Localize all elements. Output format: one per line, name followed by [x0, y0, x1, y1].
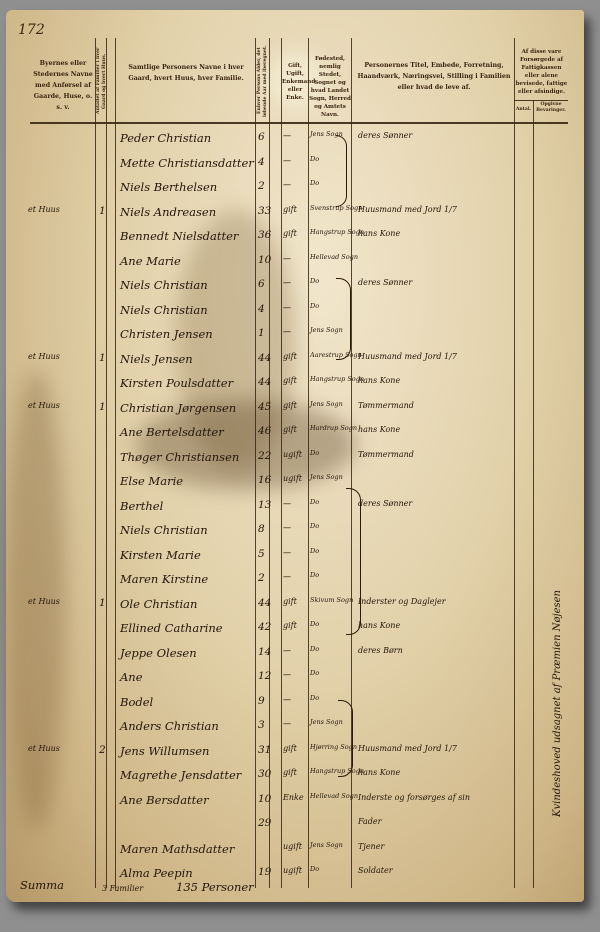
row-age: 4 [258, 303, 265, 315]
row-civil-status: — [283, 523, 291, 532]
row-civil-status: — [283, 695, 291, 704]
row-name: Niels Berthelsen [120, 180, 217, 194]
header-poor-relief: Af disse vare Forsørgede af Fattigkassen… [515, 48, 568, 96]
row-birthplace: Do [310, 499, 319, 506]
row-name: Jeppe Olesen [120, 646, 197, 660]
row-age: 29 [258, 817, 271, 829]
row-name: Ellined Catharine [120, 621, 223, 635]
brace-mark [336, 135, 347, 207]
row-name: Niels Andreasen [120, 205, 216, 219]
row-civil-status: Enke [283, 793, 304, 802]
row-birthplace: Do [310, 180, 319, 187]
row-birthplace: Jens Sogn [310, 842, 343, 849]
row-age: 10 [258, 793, 271, 805]
row-name: Ane [120, 670, 143, 684]
row-name: Christian Jørgensen [120, 401, 236, 415]
row-name: Niels Christian [120, 278, 208, 292]
row-age: 1 [258, 327, 265, 339]
row-occupation: hans Kone [358, 425, 400, 434]
header-age: Enhver Persons Alder, det løbende Aar me… [257, 42, 279, 120]
row-name: Thøger Christiansen [120, 450, 239, 464]
header-count: Antal. [514, 106, 533, 114]
summary-families: 3 Familier [102, 884, 143, 893]
row-birthplace: Hangstrup Sogn [310, 376, 364, 383]
col-divider [281, 38, 282, 888]
header-birthplace: Fødested, nemlig Stedet, Sognet og hvad … [309, 55, 351, 119]
row-birthplace: Hellevad Sogn [310, 793, 358, 800]
row-birthplace: Do [310, 621, 319, 628]
row-civil-status: — [283, 572, 291, 581]
brace-mark [346, 488, 361, 635]
row-civil-status: gift [283, 768, 297, 777]
row-birthplace: Do [310, 303, 319, 310]
row-civil-status: ugift [283, 866, 302, 875]
row-civil-status: — [283, 278, 291, 287]
row-age: 42 [258, 621, 271, 633]
row-civil-status: — [283, 548, 291, 557]
header-occupation: Personernes Titel, Embede, Forretning, H… [356, 60, 512, 93]
row-occupation: hans Kone [358, 376, 400, 385]
col-divider [255, 38, 256, 888]
row-age: 5 [258, 548, 265, 560]
row-civil-status: — [283, 303, 291, 312]
row-family-count: 1 [99, 597, 106, 609]
row-name: Ane Marie [120, 254, 181, 268]
row-age: 2 [258, 180, 265, 192]
row-name: Peder Christian [120, 131, 211, 145]
row-age: 46 [258, 425, 271, 437]
row-birthplace: Do [310, 572, 319, 579]
row-occupation: hans Kone [358, 768, 400, 777]
row-age: 8 [258, 523, 265, 535]
row-age: 33 [258, 205, 271, 217]
row-name: Else Marie [120, 474, 183, 488]
row-civil-status: gift [283, 425, 297, 434]
row-place: et Huus [28, 597, 60, 606]
row-age: 6 [258, 131, 265, 143]
row-civil-status: gift [283, 229, 297, 238]
row-family-count: 1 [99, 401, 106, 413]
header-names: Samtlige Personers Navne i hver Gaard, h… [122, 62, 250, 84]
row-name: Jens Willumsen [120, 744, 209, 758]
row-civil-status: ugift [283, 842, 302, 851]
row-civil-status: — [283, 254, 291, 263]
row-birthplace: Do [310, 278, 319, 285]
row-civil-status: — [283, 156, 291, 165]
row-civil-status: gift [283, 621, 297, 630]
subheader-rule [514, 100, 568, 101]
row-name: Mette Christiansdatter [120, 156, 254, 170]
row-age: 10 [258, 254, 271, 266]
row-name: Maren Mathsdatter [120, 842, 234, 856]
row-occupation: hans Kone [358, 621, 400, 630]
row-name: Niels Christian [120, 523, 208, 537]
row-name: Bodel [120, 695, 153, 709]
col-divider [533, 100, 534, 888]
row-name: Kirsten Marie [120, 548, 201, 562]
row-occupation: deres Sønner [358, 499, 412, 508]
row-civil-status: gift [283, 376, 297, 385]
row-civil-status: — [283, 180, 291, 189]
row-age: 13 [258, 499, 271, 511]
row-age: 22 [258, 450, 271, 462]
row-place: et Huus [28, 205, 60, 214]
row-occupation: Tjener [358, 842, 384, 851]
row-occupation: Tømmermand [358, 401, 414, 410]
row-age: 44 [258, 376, 271, 388]
row-name: Kirsten Poulsdatter [120, 376, 233, 390]
row-civil-status: — [283, 646, 291, 655]
row-age: 6 [258, 278, 265, 290]
row-age: 30 [258, 768, 271, 780]
row-name: Alma Peepin [120, 866, 193, 880]
row-civil-status: ugift [283, 450, 302, 459]
row-family-count: 1 [99, 205, 106, 217]
row-age: 3 [258, 719, 265, 731]
header-remarks: Opgivne Bevaringer. [534, 102, 568, 114]
row-age: 14 [258, 646, 271, 658]
col-divider [106, 38, 107, 888]
summary-persons: 135 Personer [176, 880, 254, 894]
row-civil-status: ugift [283, 474, 302, 483]
header-civil-status: Gift, Ugift, Enkemand eller Enke. [282, 62, 308, 102]
header-places: Byernes eller Stedernes Navne med Anførs… [32, 58, 94, 113]
row-place: et Huus [28, 352, 60, 361]
row-name: Niels Christian [120, 303, 208, 317]
row-civil-status: gift [283, 401, 297, 410]
row-civil-status: gift [283, 352, 297, 361]
page-number: 172 [18, 22, 45, 38]
row-occupation: Tømmermand [358, 450, 414, 459]
row-birthplace: Hellevad Sogn [310, 254, 358, 261]
row-age: 16 [258, 474, 271, 486]
col-divider [269, 38, 270, 888]
row-name: Ole Christian [120, 597, 197, 611]
row-name: Christen Jensen [120, 327, 213, 341]
row-birthplace: Do [310, 670, 319, 677]
row-civil-status: — [283, 327, 291, 336]
row-age: 19 [258, 866, 271, 878]
row-name: Ane Bertelsdatter [120, 425, 224, 439]
col-divider [115, 38, 116, 888]
row-family-count: 2 [99, 744, 106, 756]
header-family-count: Antallet af Familier i hver Gaard og hve… [96, 42, 114, 120]
row-age: 9 [258, 695, 265, 707]
row-occupation: deres Sønner [358, 131, 412, 140]
row-occupation: deres Børn [358, 646, 403, 655]
row-occupation: Soldater [358, 866, 393, 875]
row-civil-status: — [283, 719, 291, 728]
row-occupation: Fader [358, 817, 381, 826]
row-place: et Huus [28, 744, 60, 753]
row-name: Magrethe Jensdatter [120, 768, 241, 782]
brace-mark [338, 700, 353, 777]
row-civil-status: gift [283, 597, 297, 606]
row-occupation: Huusmand med Jord 1/7 [358, 744, 457, 753]
row-age: 31 [258, 744, 271, 756]
col-divider [514, 38, 515, 888]
row-age: 44 [258, 597, 271, 609]
row-civil-status: — [283, 131, 291, 140]
row-age: 12 [258, 670, 271, 682]
row-family-count: 1 [99, 352, 106, 364]
row-birthplace: Do [310, 866, 319, 873]
row-age: 44 [258, 352, 271, 364]
row-age: 4 [258, 156, 265, 168]
census-page: 172 Byernes eller Stedernes Navne med An… [6, 10, 584, 902]
row-name: Ane Bersdatter [120, 793, 209, 807]
row-age: 45 [258, 401, 271, 413]
row-occupation: Inderster og Daglejer [358, 597, 446, 606]
row-name: Niels Jensen [120, 352, 193, 366]
header-bottom-rule [30, 122, 568, 124]
margin-note: Kvindeshoved udsagnet af Præmien Nøjesen [552, 590, 563, 817]
row-civil-status: — [283, 499, 291, 508]
row-occupation: Huusmand med Jord 1/7 [358, 352, 457, 361]
row-age: 36 [258, 229, 271, 241]
row-birthplace: Do [310, 156, 319, 163]
row-name: Maren Kirstine [120, 572, 208, 586]
row-civil-status: gift [283, 744, 297, 753]
row-civil-status: — [283, 670, 291, 679]
row-name: Anders Christian [120, 719, 219, 733]
row-occupation: deres Sønner [358, 278, 412, 287]
row-name: Bennedt Nielsdatter [120, 229, 238, 243]
row-birthplace: Do [310, 695, 319, 702]
summary-label: Summa [20, 878, 64, 892]
row-place: et Huus [28, 401, 60, 410]
row-occupation: Inderste og forsørges af sin [358, 793, 470, 802]
row-birthplace: Hardrup Sogn [310, 425, 357, 432]
row-occupation: hans Kone [358, 229, 400, 238]
row-birthplace: Do [310, 646, 319, 653]
row-civil-status: gift [283, 205, 297, 214]
row-age: 2 [258, 572, 265, 584]
row-birthplace: Jens Sogn [310, 474, 343, 481]
row-birthplace: Jens Sogn [310, 401, 343, 408]
brace-mark [336, 278, 351, 360]
row-birthplace: Do [310, 548, 319, 555]
row-occupation: Huusmand med Jord 1/7 [358, 205, 457, 214]
row-birthplace: Hangstrup Sogn [310, 229, 364, 236]
row-birthplace: Do [310, 523, 319, 530]
col-divider [308, 38, 309, 888]
row-name: Berthel [120, 499, 163, 513]
row-birthplace: Do [310, 450, 319, 457]
col-divider [95, 38, 96, 888]
